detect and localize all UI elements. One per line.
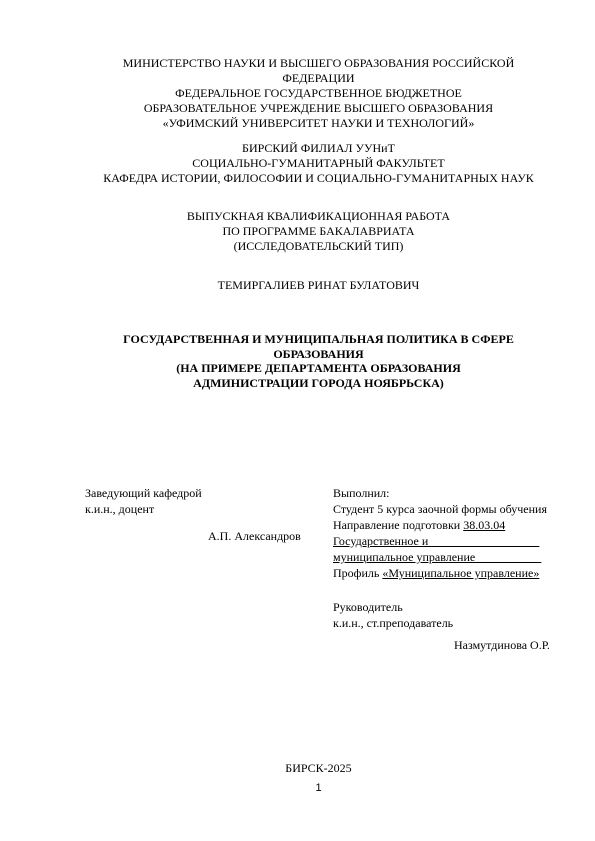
organization-header: МИНИСТЕРСТВО НАУКИ И ВЫСШЕГО ОБРАЗОВАНИЯ…	[0, 56, 595, 131]
direction-code: 38.03.04	[463, 518, 505, 532]
org-line: «УФИМСКИЙ УНИВЕРСИТЕТ НАУКИ И ТЕХНОЛОГИЙ…	[0, 116, 595, 131]
work-type: ВЫПУСКНАЯ КВАЛИФИКАЦИОННАЯ РАБОТА ПО ПРО…	[0, 209, 595, 254]
supervisor-degree: к.и.н., ст.преподаватель	[333, 615, 453, 631]
branch-line: СОЦИАЛЬНО-ГУМАНИТАРНЫЙ ФАКУЛЬТЕТ	[0, 156, 595, 171]
supervisor-name: Назмутдинова О.Р.	[454, 637, 550, 653]
title-page: МИНИСТЕРСТВО НАУКИ И ВЫСШЕГО ОБРАЗОВАНИЯ…	[0, 0, 595, 841]
direction-name-line-1: Государственное и __________________	[333, 533, 539, 549]
direction-name-line-2: муниципальное управление___________	[333, 549, 541, 565]
direction-name-2: муниципальное управление	[333, 550, 475, 564]
student-info: Студент 5 курса заочной формы обучения	[333, 501, 547, 517]
profile-value: «Муниципальное управление»	[382, 566, 539, 580]
direction-name-1-fill: __________________	[431, 534, 539, 548]
work-type-line: ПО ПРОГРАММЕ БАКАЛАВРИАТА	[0, 224, 595, 239]
org-line: ФЕДЕРАЦИИ	[0, 71, 595, 86]
work-type-line: (ИССЛЕДОВАТЕЛЬСКИЙ ТИП)	[0, 239, 595, 254]
performed-label: Выполнил:	[333, 485, 389, 501]
org-line: МИНИСТЕРСТВО НАУКИ И ВЫСШЕГО ОБРАЗОВАНИЯ…	[0, 56, 595, 71]
author-name-text: ТЕМИРГАЛИЕВ РИНАТ БУЛАТОВИЧ	[0, 278, 595, 293]
head-name: А.П. Александров	[208, 528, 301, 544]
org-line: ФЕДЕРАЛЬНОЕ ГОСУДАРСТВЕННОЕ БЮДЖЕТНОЕ	[0, 86, 595, 101]
city-year: БИРСК-2025	[0, 761, 595, 776]
title-line: ГОСУДАРСТВЕННАЯ И МУНИЦИПАЛЬНАЯ ПОЛИТИКА…	[0, 332, 595, 347]
direction-name-2-fill: ___________	[475, 550, 541, 564]
profile-line: Профиль «Муниципальное управление»	[333, 565, 539, 581]
profile-label: Профиль	[333, 566, 382, 580]
branch-header: БИРСКИЙ ФИЛИАЛ УУНиТ СОЦИАЛЬНО-ГУМАНИТАР…	[0, 141, 595, 186]
page-number: 1	[0, 782, 595, 794]
direction-name-1: Государственное и	[333, 534, 431, 548]
thesis-title: ГОСУДАРСТВЕННАЯ И МУНИЦИПАЛЬНАЯ ПОЛИТИКА…	[0, 332, 595, 390]
org-line: ОБРАЗОВАТЕЛЬНОЕ УЧРЕЖДЕНИЕ ВЫСШЕГО ОБРАЗ…	[0, 101, 595, 116]
branch-line: КАФЕДРА ИСТОРИИ, ФИЛОСОФИИ И СОЦИАЛЬНО-Г…	[0, 171, 595, 186]
title-line: АДМИНИСТРАЦИИ ГОРОДА НОЯБРЬСКА)	[0, 376, 595, 391]
author-name: ТЕМИРГАЛИЕВ РИНАТ БУЛАТОВИЧ	[0, 278, 595, 293]
head-degree: к.и.н., доцент	[85, 501, 154, 517]
supervisor-role: Руководитель	[333, 599, 403, 615]
title-line: ОБРАЗОВАНИЯ	[0, 347, 595, 362]
direction-line: Направление подготовки 38.03.04	[333, 517, 505, 533]
head-role: Заведующий кафедрой	[85, 485, 202, 501]
title-line: (НА ПРИМЕРЕ ДЕПАРТАМЕНТА ОБРАЗОВАНИЯ	[0, 361, 595, 376]
direction-label: Направление подготовки	[333, 518, 463, 532]
branch-line: БИРСКИЙ ФИЛИАЛ УУНиТ	[0, 141, 595, 156]
work-type-line: ВЫПУСКНАЯ КВАЛИФИКАЦИОННАЯ РАБОТА	[0, 209, 595, 224]
